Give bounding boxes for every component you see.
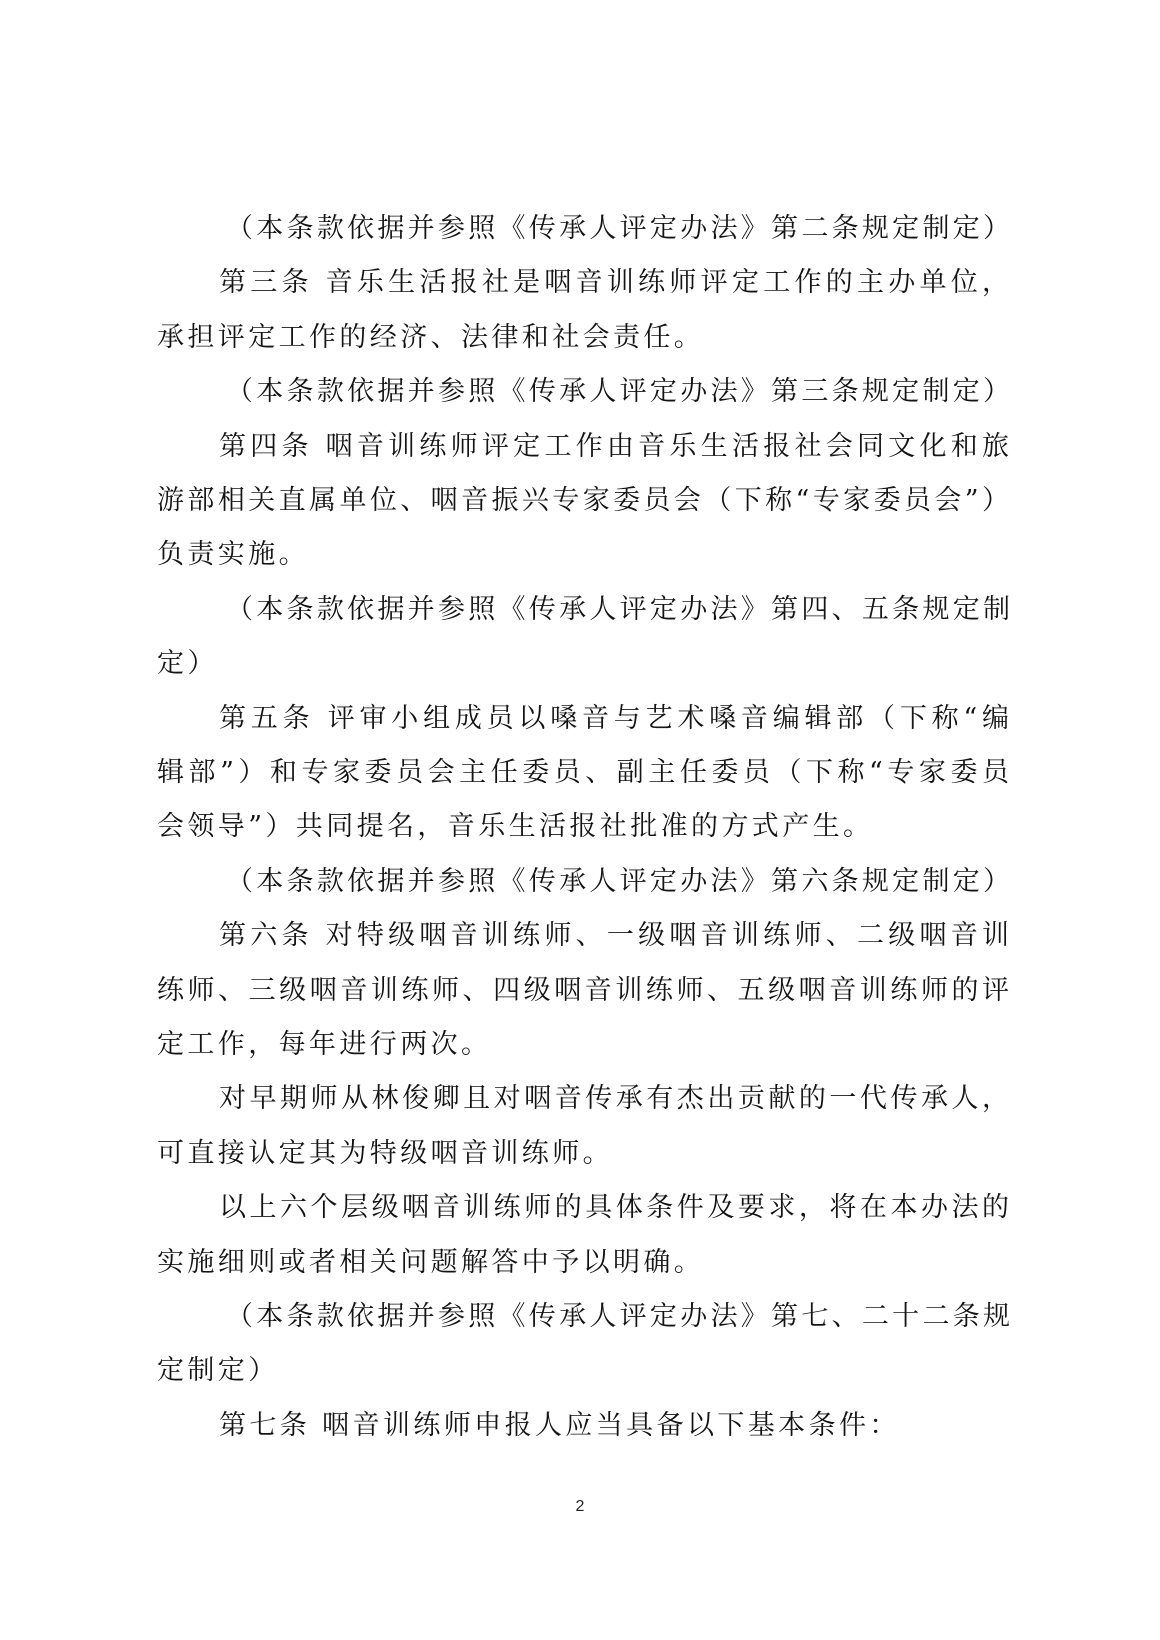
article-6-text: 第六条 对特级咽音训练师、一级咽音训练师、二级咽音训: [219, 916, 1009, 956]
article-7-text: 第七条 咽音训练师申报人应当具备以下基本条件：: [219, 1406, 900, 1446]
citation-note-article-7-22-end: 定制定）: [157, 1351, 279, 1391]
citation-note-article-2: （本条款依据并参照《传承人评定办法》第二条规定制定）: [226, 209, 1010, 249]
article-3-text-continued: 承担评定工作的经济、法律和社会责任。: [157, 318, 704, 358]
article-4-text-continued: 游部相关直属单位、咽音振兴专家委员会（下称“专家委员会”）: [157, 481, 1009, 521]
citation-note-article-3: （本条款依据并参照《传承人评定办法》第三条规定制定）: [226, 372, 1010, 412]
article-6-paragraph-3: 以上六个层级咽音训练师的具体条件及要求，将在本办法的: [219, 1188, 1009, 1228]
article-5-text-end: 会领导”）共同提名，音乐生活报社批准的方式产生。: [157, 807, 873, 847]
page-number: 2: [560, 1498, 600, 1516]
article-6-paragraph-3-end: 实施细则或者相关问题解答中予以明确。: [157, 1243, 704, 1283]
article-4-text-end: 负责实施。: [157, 535, 309, 575]
article-3-text: 第三条 音乐生活报社是咽音训练师评定工作的主办单位，: [219, 263, 1009, 303]
article-5-text-continued: 辑部”）和专家委员会主任委员、副主任委员（下称“专家委员: [157, 753, 1009, 793]
citation-note-article-4-5-end: 定）: [157, 644, 218, 684]
citation-note-article-4-5: （本条款依据并参照《传承人评定办法》第四、五条规定制: [226, 590, 1010, 630]
article-6-text-continued: 练师、三级咽音训练师、四级咽音训练师、五级咽音训练师的评: [157, 971, 1009, 1011]
article-5-text: 第五条 评审小组成员以嗓音与艺术嗓音编辑部（下称“编: [219, 699, 1009, 739]
citation-note-article-7-22: （本条款依据并参照《传承人评定办法》第七、二十二条规: [226, 1297, 1010, 1337]
article-4-text: 第四条 咽音训练师评定工作由音乐生活报社会同文化和旅: [219, 427, 1009, 467]
article-6-text-end: 定工作，每年进行两次。: [157, 1025, 491, 1065]
article-6-paragraph-2: 对早期师从林俊卿且对咽音传承有杰出贡献的一代传承人，: [219, 1079, 1009, 1119]
document-page: （本条款依据并参照《传承人评定办法》第二条规定制定） 第三条 音乐生活报社是咽音…: [0, 0, 1160, 1640]
article-6-paragraph-2-end: 可直接认定其为特级咽音训练师。: [157, 1134, 613, 1174]
citation-note-article-6: （本条款依据并参照《传承人评定办法》第六条规定制定）: [226, 862, 1010, 902]
